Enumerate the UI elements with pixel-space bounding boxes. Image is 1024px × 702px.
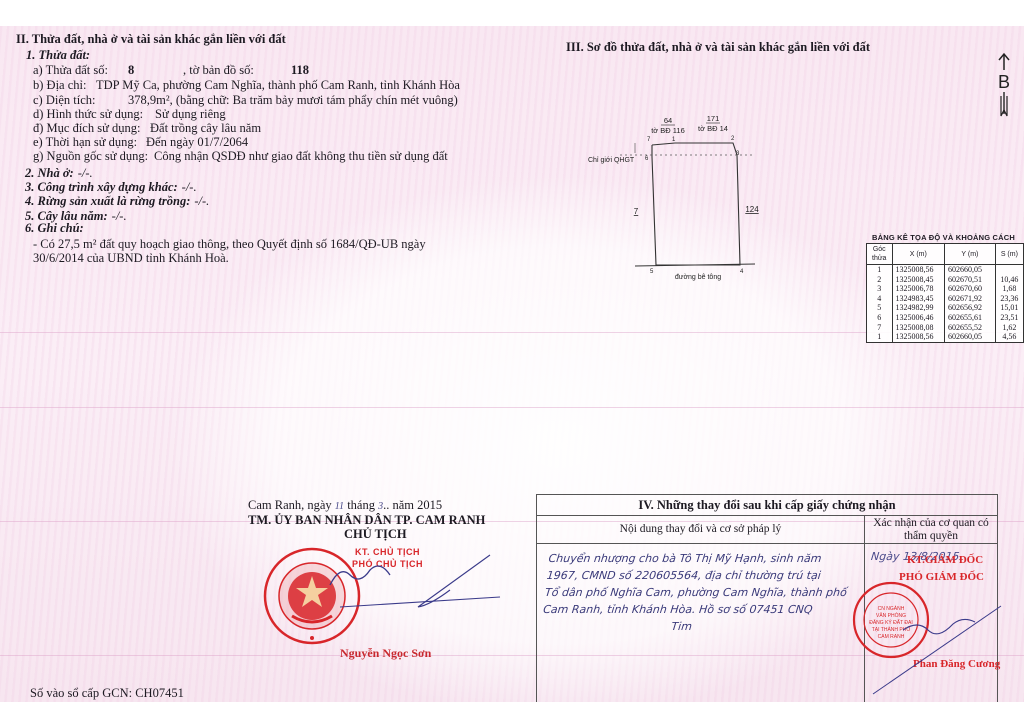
purpose-label: đ) Mục đích sử dụng: (33, 121, 140, 136)
coord-x: 1324982,99 (892, 303, 945, 313)
confirm-signature-stroke (863, 602, 1003, 702)
coord-y: 602655,52 (945, 323, 996, 333)
coord-y: 602671,92 (945, 294, 996, 304)
coord-header-s: S (m) (995, 244, 1023, 265)
fold-line (0, 407, 1024, 408)
coord-distance: 1,62 (995, 323, 1023, 333)
neighbor-top-left-number: 64 (664, 116, 672, 125)
section-3-title: III. Sơ đồ thửa đất, nhà ở và tài sản kh… (566, 40, 870, 55)
svg-text:3: 3 (736, 151, 740, 157)
coord-row: 11325008,56602660,054,56 (867, 332, 1024, 342)
coord-corner: 3 (867, 284, 893, 294)
forest-label: 4. Rừng sản xuất là rừng trồng: (25, 194, 190, 208)
confirm-cell: Ngày 13/8/2015 KT.GIÁM ĐỐC PHÓ GIÁM ĐỐC … (865, 544, 997, 702)
land-parcel-heading: 1. Thửa đất: (26, 48, 90, 63)
term-label: e) Thời hạn sử dụng: (33, 135, 137, 150)
change-handwritten-text: Chuyển nhượng cho bà Tô Thị Mỹ Hạnh, sin… (532, 544, 869, 641)
neighbor-right: 124 (745, 205, 759, 214)
coord-row: 11325008,56602660,05 (867, 265, 1024, 275)
origin-label: g) Nguồn gốc sử dụng: (33, 149, 148, 164)
usage-form-value: Sử dụng riêng (155, 107, 226, 122)
coord-corner: 2 (867, 275, 893, 285)
neighbor-left: 7 (634, 207, 639, 216)
sign-day: 11 (335, 501, 344, 512)
notes-line-1: - Có 27,5 m² đất quy hoạch giao thông, t… (33, 237, 426, 252)
change-text-line: Tổ dân phố Nghĩa Cam, phường Cam Nghĩa, … (544, 584, 857, 601)
svg-text:5: 5 (650, 269, 654, 275)
coord-header-corner: Góc thửa (867, 244, 893, 265)
signer-title: CHỦ TỊCH (344, 527, 407, 542)
coord-x: 1325008,56 (892, 265, 945, 275)
registry-value: CH07451 (135, 686, 184, 700)
coord-distance: 15,01 (995, 303, 1023, 313)
perennial-value: -/-. (112, 209, 127, 223)
svg-text:4: 4 (740, 269, 744, 275)
coord-table-title: BẢNG KÊ TỌA ĐỘ VÀ KHOẢNG CÁCH (872, 233, 1015, 242)
forest-value: -/-. (194, 194, 209, 208)
coord-y: 602655,61 (945, 313, 996, 323)
coord-distance: 4,56 (995, 332, 1023, 342)
coord-corner: 5 (867, 303, 893, 313)
coord-header-y: Y (m) (945, 244, 996, 265)
signer-name: Nguyễn Ngọc Sơn (340, 646, 431, 661)
coord-x: 1325008,56 (892, 332, 945, 342)
coord-corner: 1 (867, 332, 893, 342)
coord-distance: 23,51 (995, 313, 1023, 323)
changes-col-content-header: Nội dung thay đổi và cơ sở pháp lý (537, 516, 865, 543)
sign-month: 3 (378, 501, 383, 512)
issuing-org: TM. ỦY BAN NHÂN DÂN TP. CAM RANH (248, 513, 485, 528)
coord-x: 1325008,08 (892, 323, 945, 333)
coord-distance: 1,68 (995, 284, 1023, 294)
coord-y: 602656,92 (945, 303, 996, 313)
neighbor-top-right-sheet: tờ BĐ 14 (698, 124, 728, 133)
area-value: 378,9m², (bằng chữ: Ba trăm bảy mươi tám… (128, 93, 458, 108)
coord-y: 602660,05 (945, 265, 996, 275)
changes-table: IV. Những thay đổi sau khi cấp giấy chứn… (536, 494, 998, 702)
planning-line-label: Chỉ giới QHGT (588, 156, 635, 164)
notes-label: 6. Ghi chú: (25, 221, 84, 236)
coord-row: 51324982,99602656,9215,01 (867, 303, 1024, 313)
neighbor-top-right-number: 171 (707, 114, 720, 123)
notes-line-2: 30/6/2014 của UBND tỉnh Khánh Hoà. (33, 251, 229, 266)
north-label: B (998, 72, 1010, 92)
parcel-sketch: 64 tờ BĐ 116 171 tờ BĐ 14 7 1 2 3 4 5 6 … (580, 110, 810, 290)
coord-distance (995, 265, 1023, 275)
coord-row: 41324983,45602671,9223,36 (867, 294, 1024, 304)
scan-top-margin (0, 0, 1024, 26)
parcel-boundary (652, 143, 740, 265)
registry-number: Số vào sổ cấp GCN: CH07451 (30, 686, 184, 701)
coord-row: 31325006,78602670,601,68 (867, 284, 1024, 294)
north-arrow-icon: B (992, 52, 1016, 122)
purpose-value: Đất trồng cây lâu năm (150, 121, 261, 136)
coord-distance: 10,46 (995, 275, 1023, 285)
svg-text:2: 2 (731, 136, 735, 142)
road-label: đường bê tông (675, 274, 721, 281)
map-sheet-label: , tờ bản đồ số: (183, 63, 254, 78)
coord-header-x: X (m) (892, 244, 945, 265)
section-4-title: IV. Những thay đổi sau khi cấp giấy chứn… (537, 495, 997, 516)
change-text-line: Chuyển nhượng cho bà Tô Thị Mỹ Hạnh, sin… (548, 550, 861, 567)
usage-form-label: d) Hình thức sử dụng: (33, 107, 143, 122)
coord-corner: 7 (867, 323, 893, 333)
section-2-title: II. Thửa đất, nhà ở và tài sản khác gắn … (16, 32, 286, 47)
coord-y: 602670,51 (945, 275, 996, 285)
coordinate-table: Góc thửa X (m) Y (m) S (m) 11325008,5660… (866, 243, 1024, 343)
changes-col-confirm-header: Xác nhận của cơ quan có thẩm quyền (865, 516, 997, 543)
parcel-number: 8 (128, 63, 134, 78)
svg-text:7: 7 (647, 137, 651, 143)
coord-row: 61325006,46602655,6123,51 (867, 313, 1024, 323)
origin-value: Công nhận QSDĐ như giao đất không thu ti… (154, 149, 448, 164)
coord-corner: 4 (867, 294, 893, 304)
neighbor-top-left-sheet: tờ BĐ 116 (651, 126, 685, 135)
svg-text:1: 1 (672, 137, 676, 143)
confirm-line-1: KT.GIÁM ĐỐC (907, 554, 983, 566)
coord-row: 71325008,08602655,521,62 (867, 323, 1024, 333)
change-content-cell: Chuyển nhượng cho bà Tô Thị Mỹ Hạnh, sin… (537, 544, 865, 702)
area-label: c) Diện tích: (33, 93, 95, 108)
address-label: b) Địa chỉ: (33, 78, 86, 93)
coord-x: 1324983,45 (892, 294, 945, 304)
place-date: Cam Ranh, ngày 11 tháng 3.. năm 2015 (248, 498, 442, 513)
change-text-line: Cam Ranh, tỉnh Khánh Hòa. Hồ sơ số 07451… (542, 601, 855, 618)
registry-label: Số vào sổ cấp GCN: (30, 686, 132, 700)
change-text-line: 1967, CMND số 220605564, địa chỉ thường … (546, 567, 859, 584)
address-value: TDP Mỹ Ca, phường Cam Nghĩa, thành phố C… (96, 78, 460, 93)
parcel-number-label: a) Thửa đất số: (33, 63, 108, 78)
coord-y: 602660,05 (945, 332, 996, 342)
signature-stroke (310, 545, 510, 615)
coord-corner: 6 (867, 313, 893, 323)
change-text-line: Tim (541, 618, 854, 635)
coord-corner: 1 (867, 265, 893, 275)
svg-text:6: 6 (645, 156, 649, 162)
term-value: Đến ngày 01/7/2064 (146, 135, 248, 150)
coord-x: 1325006,78 (892, 284, 945, 294)
coord-x: 1325008,45 (892, 275, 945, 285)
coord-distance: 23,36 (995, 294, 1023, 304)
coord-x: 1325006,46 (892, 313, 945, 323)
coord-y: 602670,60 (945, 284, 996, 294)
map-sheet-number: 118 (291, 63, 309, 78)
coord-row: 21325008,45602670,5110,46 (867, 275, 1024, 285)
